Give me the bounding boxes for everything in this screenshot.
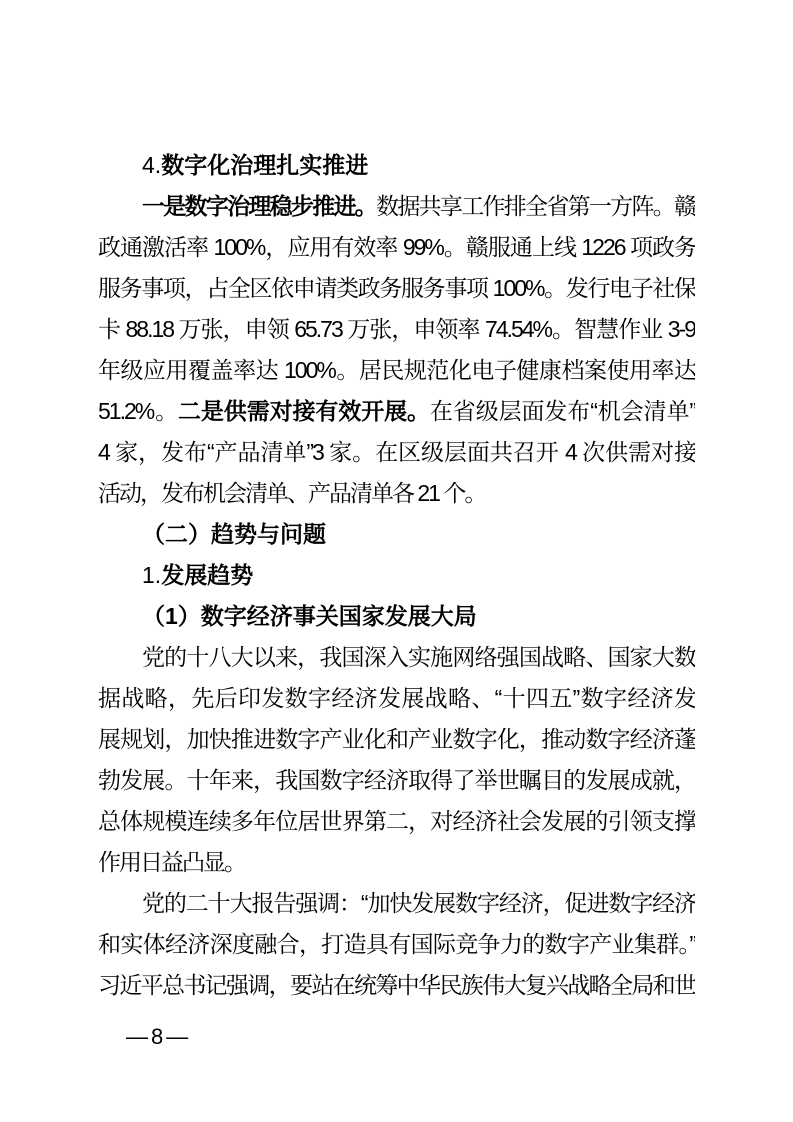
bold-text-segment: 一是数字治理稳步推进。 [142, 193, 376, 219]
bold-text-segment: （1）数字经济事关国家发展大局 [142, 603, 477, 629]
text-segment: 活动，发布机会清单、产品清单各 21 个。 [98, 480, 485, 506]
text-line: 卡 88.18 万张，申领 65.73 万张，申领率 74.54%。智慧作业 3… [98, 309, 695, 350]
text-line: 党的十八大以来，我国深入实施网络强国战略、国家大数 [98, 637, 695, 678]
text-line: 服务事项，占全区依申请类政务服务事项 100%。发行电子社保 [98, 268, 695, 309]
text-line: 一是数字治理稳步推进。数据共享工作排全省第一方阵。赣 [98, 186, 695, 227]
text-segment: 展规划，加快推进数字产业化和产业数字化，推动数字经济蓬 [98, 726, 695, 752]
text-segment: 政通激活率 100%，应用有效率 99%。赣服通上线 1226 项政务 [98, 234, 695, 260]
page-number: —8— [126, 1022, 191, 1052]
text-segment: 据战略，先后印发数字经济发展战略、“十四五”数字经济发 [98, 685, 695, 711]
heading-line: （二）趋势与问题 [98, 514, 695, 555]
text-segment: 4 家，发布“产品清单”3 家。在区级层面共召开 4 次供需对接 [98, 439, 695, 465]
text-segment: 总体规模连续多年位居世界第二，对经济社会发展的引领支撑 [98, 808, 695, 834]
text-line: 习近平总书记强调，要站在统筹中华民族伟大复兴战略全局和世 [98, 965, 695, 1006]
text-segment: 习近平总书记强调，要站在统筹中华民族伟大复兴战略全局和世 [98, 972, 695, 998]
bold-text-segment: 数字化治理扎实推进 [161, 152, 368, 178]
text-segment: 勃发展。十年来，我国数字经济取得了举世瞩目的发展成就， [98, 767, 695, 793]
text-line: 作用日益凸显。 [98, 842, 695, 883]
text-segment: 年级应用覆盖率达 100%。居民规范化电子健康档案使用率达 [98, 357, 695, 383]
text-segment: 51.2%。 [98, 398, 178, 424]
document-body: 4.数字化治理扎实推进一是数字治理稳步推进。数据共享工作排全省第一方阵。赣政通激… [98, 145, 695, 1006]
text-segment: 数据共享工作排全省第一方阵。赣 [376, 193, 695, 219]
bold-text-segment: （二）趋势与问题 [142, 521, 326, 547]
text-line: 党的二十大报告强调：“加快发展数字经济，促进数字经济 [98, 883, 695, 924]
bold-text-segment: 二是供需对接有效开展。 [178, 398, 430, 424]
text-line: 展规划，加快推进数字产业化和产业数字化，推动数字经济蓬 [98, 719, 695, 760]
heading-line: （1）数字经济事关国家发展大局 [98, 596, 695, 637]
text-line: 和实体经济深度融合，打造具有国际竞争力的数字产业集群。” [98, 924, 695, 965]
text-segment: 在省级层面发布“机会清单” [430, 398, 695, 424]
heading-line: 1.发展趋势 [98, 555, 695, 596]
text-segment: 1. [142, 562, 161, 588]
document-page: 4.数字化治理扎实推进一是数字治理稳步推进。数据共享工作排全省第一方阵。赣政通激… [0, 0, 793, 1122]
text-segment: 党的二十大报告强调：“加快发展数字经济，促进数字经济 [142, 890, 695, 916]
text-segment: 和实体经济深度融合，打造具有国际竞争力的数字产业集群。” [98, 931, 695, 957]
text-line: 4 家，发布“产品清单”3 家。在区级层面共召开 4 次供需对接 [98, 432, 695, 473]
text-segment: 卡 88.18 万张，申领 65.73 万张，申领率 74.54%。智慧作业 3… [98, 316, 695, 342]
bold-text-segment: 发展趋势 [161, 562, 253, 588]
text-segment: 4. [142, 152, 161, 178]
text-segment: 党的十八大以来，我国深入实施网络强国战略、国家大数 [142, 644, 695, 670]
text-segment: 服务事项，占全区依申请类政务服务事项 100%。发行电子社保 [98, 275, 695, 301]
text-line: 年级应用覆盖率达 100%。居民规范化电子健康档案使用率达 [98, 350, 695, 391]
heading-line: 4.数字化治理扎实推进 [98, 145, 695, 186]
text-line: 政通激活率 100%，应用有效率 99%。赣服通上线 1226 项政务 [98, 227, 695, 268]
text-line: 51.2%。二是供需对接有效开展。在省级层面发布“机会清单” [98, 391, 695, 432]
text-line: 活动，发布机会清单、产品清单各 21 个。 [98, 473, 695, 514]
text-line: 总体规模连续多年位居世界第二，对经济社会发展的引领支撑 [98, 801, 695, 842]
text-line: 据战略，先后印发数字经济发展战略、“十四五”数字经济发 [98, 678, 695, 719]
text-line: 勃发展。十年来，我国数字经济取得了举世瞩目的发展成就， [98, 760, 695, 801]
text-segment: 作用日益凸显。 [98, 849, 245, 875]
